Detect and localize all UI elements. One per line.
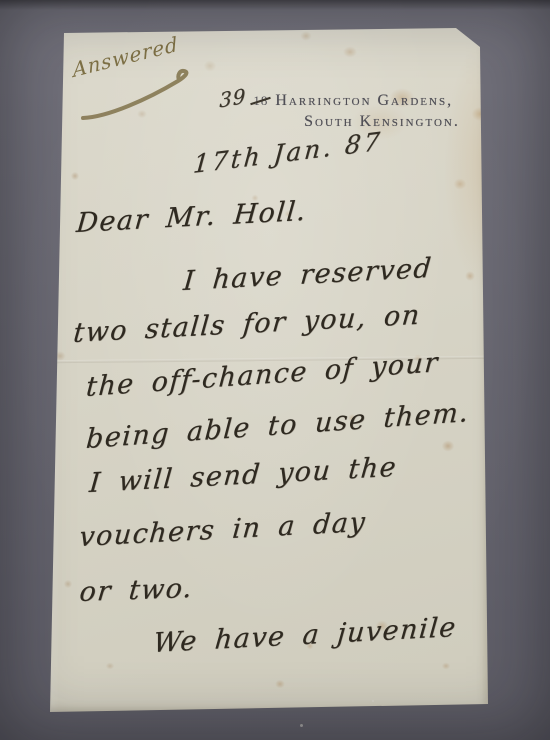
letter-line: I have reserved <box>182 253 434 297</box>
date-line: 17th Jan. 87 <box>192 126 384 179</box>
letter-line: Dear Mr. Holl. <box>75 196 308 239</box>
letter-line: the off-chance of your <box>85 347 440 403</box>
dust-speck <box>372 700 374 702</box>
house-number-handwritten: 39 <box>219 83 246 112</box>
letter-line: two stalls for you, on <box>72 300 422 349</box>
underline-flourish-icon <box>78 68 198 126</box>
letter-line: being able to use them. <box>85 397 470 455</box>
letter-line: We have a juvenile <box>152 612 458 659</box>
letter-paper: Answered 39 18 Harrington Gardens, South… <box>50 26 488 712</box>
letter-line: vouchers in a day <box>78 507 367 553</box>
photo-background: Answered 39 18 Harrington Gardens, South… <box>0 0 550 740</box>
letter-line: or two. <box>78 573 195 608</box>
letterhead: 39 18 Harrington Gardens, South Kensingt… <box>190 86 482 131</box>
dust-speck <box>300 724 303 727</box>
letter-line: I will send you the <box>88 452 398 499</box>
house-number-printed-struck: 18 <box>253 93 268 109</box>
letterhead-line-1: 39 18 Harrington Gardens, <box>190 86 482 110</box>
letterhead-street: Harrington Gardens, <box>275 92 453 110</box>
